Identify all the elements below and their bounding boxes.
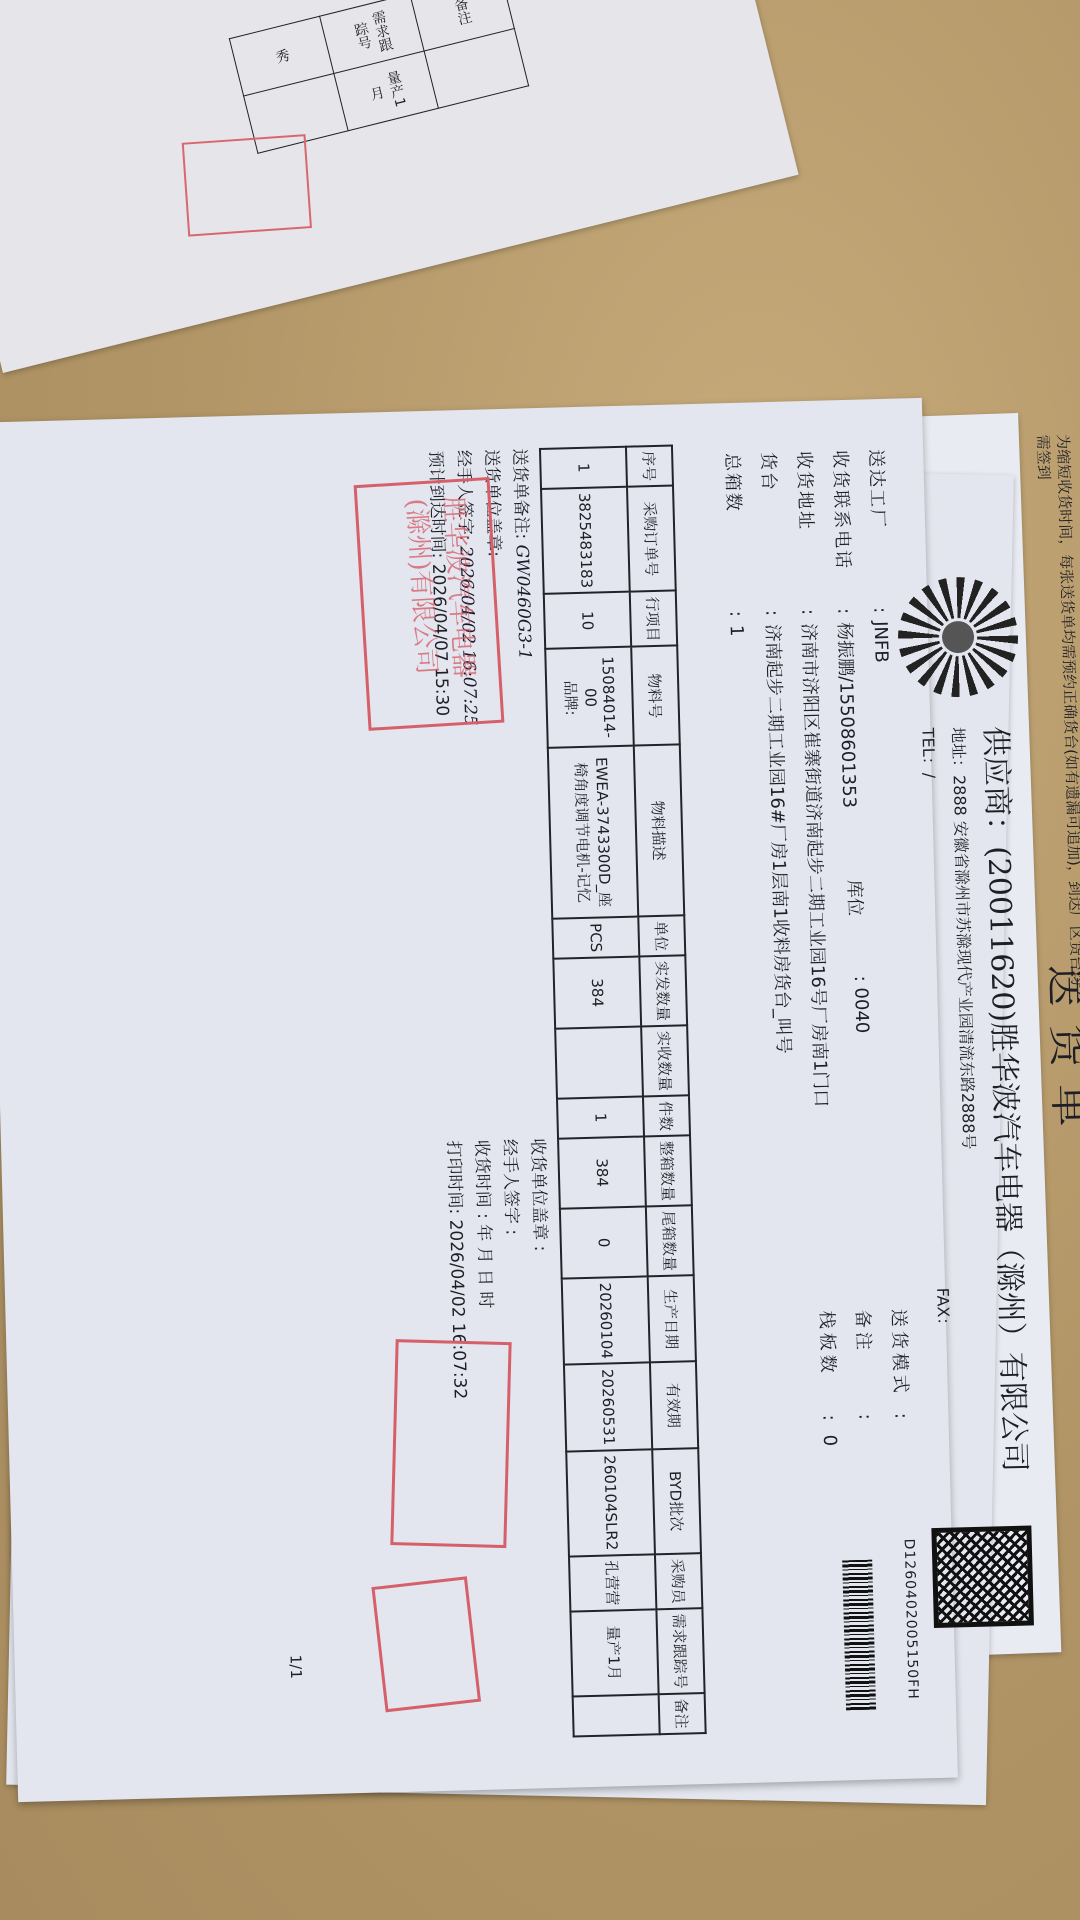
logo-icon: [942, 621, 975, 654]
table-cell: 260104SLR2: [566, 1449, 655, 1556]
table-cell: 20260104: [562, 1277, 650, 1366]
supplier-address: 地址：2888 安徽省滁州市苏滁现代产业园清流东路2888号: [947, 727, 981, 1150]
table-header-cell: 备注: [659, 1693, 706, 1734]
field-pallets: 栈板数:0: [808, 1310, 848, 1446]
table-cell: 384: [553, 957, 641, 1029]
supplier: 供应商：(20011620)胜华波汽车电器（滁州）有限公司: [976, 725, 1040, 1472]
delivery-fields: 送达工厂:JNFB 收货联系电话:杨振鹏/15508601353 收货地址:济南…: [713, 449, 910, 1110]
qr-code-icon: [896, 576, 1019, 699]
field-remark: 备注:: [844, 1309, 884, 1445]
barcode-icon: [842, 1560, 876, 1711]
table-header-cell: 单位: [638, 915, 685, 956]
remark-label: 送货单备注: [509, 448, 531, 533]
document-number: D1260402005150FH: [901, 1538, 921, 1700]
stamp-text: 胜华波汽车电器(滁州)有限公司: [385, 480, 501, 726]
table-cell: EWEA-3743300D_座椅角度调节电机-记忆: [548, 746, 638, 919]
items-table: 序号采购订单号行项目物料号物料描述单位实发数量实收数量件数整箱数量尾箱数量生产日…: [539, 444, 707, 1737]
table-cell: 15084014-00 品牌:: [545, 647, 634, 748]
table-header-cell: 物料号: [631, 646, 680, 746]
receiver-stamp-label: 收货单位盖章: [527, 1138, 550, 1240]
receive-time-label: 收货时间: [471, 1139, 493, 1208]
table-header-cell: 物料描述: [634, 745, 684, 917]
table-cell: 量产1月: [570, 1609, 658, 1696]
table-header-cell: 整箱数量: [644, 1135, 692, 1206]
qr-code-icon: [931, 1525, 1034, 1628]
tel-value: /: [920, 772, 939, 778]
delivery-note-sheet: 为缩短收货时间，每张送货单均需预约正确货台(如有遗漏可追加)，到达厂区货台均需签…: [0, 398, 958, 1802]
table-header-cell: 采购订单号: [627, 485, 676, 592]
background-table: 秀 需求跟踪号 备注 量产1月: [229, 0, 529, 154]
table-header-cell: 需求跟踪号: [656, 1608, 704, 1694]
stamp-icon: [371, 1576, 481, 1712]
table-header-cell: BYD批次: [652, 1448, 701, 1554]
table-cell: 1: [540, 447, 627, 489]
table-header-cell: 序号: [626, 445, 673, 486]
print-time-label: 打印时间: [443, 1140, 465, 1209]
table-cell: [573, 1694, 660, 1736]
table-header-cell: 采购员: [655, 1553, 702, 1609]
right-fields: 送货模式: 备注: 栈板数:0: [808, 1308, 920, 1446]
handwritten-remark: GW0460G3-1: [511, 544, 534, 660]
company-stamp: 胜华波汽车电器(滁州)有限公司: [354, 477, 505, 731]
table-cell: 0: [560, 1207, 648, 1279]
address-label: 地址：: [948, 727, 968, 775]
supplier-tel: TEL：/: [917, 728, 941, 779]
stock-value: 0040: [850, 987, 872, 1033]
stock-label: 库位: [842, 879, 869, 916]
supplier-name: (20011620)胜华波汽车电器（滁州）有限公司: [981, 846, 1032, 1473]
table-header-cell: 实收数量: [641, 1025, 689, 1096]
delivery-note: 为缩短收货时间，每张送货单均需预约正确货台(如有遗漏可追加)，到达厂区货台均需签…: [213, 423, 1080, 1746]
field-delivery-mode: 送货模式:: [880, 1308, 920, 1444]
notice-text: 为缩短收货时间，每张送货单均需预约正确货台(如有遗漏可追加)，到达厂区货台均需签…: [1033, 434, 1080, 995]
table-cell: PCS: [552, 917, 639, 959]
table-cell: 3825483183: [541, 487, 630, 595]
table-cell: [555, 1027, 643, 1099]
table-header-cell: 有效期: [650, 1362, 698, 1450]
table-header-cell: 尾箱数量: [646, 1205, 694, 1276]
fax-label: FAX：: [933, 1287, 953, 1333]
page-number: 1/1: [286, 1655, 305, 1680]
supplier-label: 供应商：: [977, 726, 1015, 847]
table-cell: 20260531: [564, 1363, 652, 1452]
table-cell: 1: [557, 1097, 644, 1139]
supplier-fax: FAX：: [932, 1287, 956, 1333]
tel-label: TEL：: [918, 728, 938, 773]
document-title: 送货单: [1039, 963, 1080, 1145]
address-value: 2888 安徽省滁州市苏滁现代产业园清流东路2888号: [950, 775, 979, 1150]
table-header-cell: 件数: [643, 1095, 690, 1136]
stamp-icon: [182, 134, 312, 236]
background-sheet: 秀 需求跟踪号 备注 量产1月 121UA: [0, 0, 799, 373]
table-cell: 10: [544, 592, 631, 649]
stock-location: 库位 : 0040: [842, 879, 872, 1033]
receiver-stamp: [390, 1339, 511, 1548]
date-placeholder: 年 月 日 时: [473, 1224, 495, 1309]
table-cell: 孔营营: [569, 1554, 656, 1611]
table-header-cell: 实发数量: [639, 955, 687, 1026]
table-header-cell: 行项目: [630, 591, 677, 647]
table-cell: 384: [558, 1137, 646, 1209]
table-header-cell: 生产日期: [648, 1275, 696, 1363]
receiver-signer-label: 经手人签字: [499, 1139, 521, 1224]
